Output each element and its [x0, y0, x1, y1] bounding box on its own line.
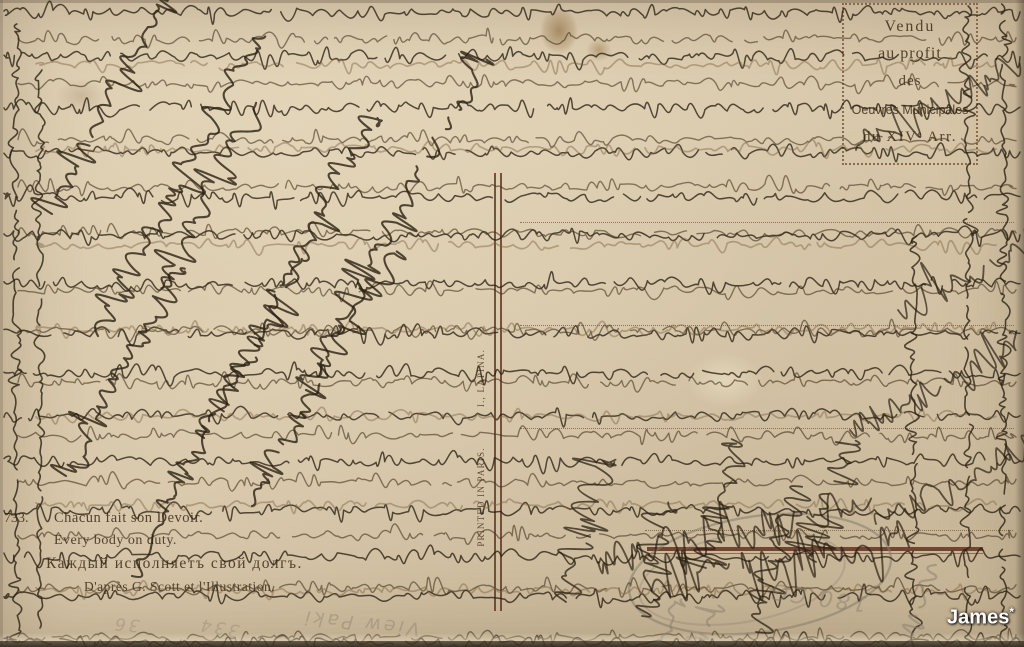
handwriting-stroke — [959, 6, 977, 646]
handwriting-stroke — [18, 425, 1016, 445]
handwriting-stroke — [4, 451, 1020, 474]
handwriting-stroke — [4, 98, 1020, 119]
watermark-name: James — [947, 607, 1009, 629]
handwriting-stroke — [18, 129, 1016, 148]
handwriting-stroke — [18, 74, 1016, 94]
handwriting-stroke — [997, 4, 1012, 646]
watermark: James* — [947, 605, 1014, 630]
card-edge-highlight — [0, 633, 1024, 641]
handwriting-stroke — [18, 222, 1016, 241]
handwriting-stroke — [36, 238, 996, 256]
watermark-star: * — [1009, 605, 1014, 619]
pencil-note: 36 — [111, 613, 140, 635]
handwriting-layer — [0, 0, 1024, 647]
handwriting-stroke — [36, 57, 996, 75]
photo-bottom-shadow — [0, 641, 1024, 647]
handwriting-stroke — [740, 481, 814, 637]
handwriting-stroke — [18, 28, 1016, 48]
handwriting-stroke — [4, 47, 1020, 70]
handwriting-stroke — [138, 92, 274, 296]
handwriting-stroke — [18, 281, 1016, 302]
photo-top-shadow — [0, 0, 1024, 3]
handwriting-stroke — [838, 317, 1024, 450]
handwriting-stroke — [4, 272, 1020, 295]
photo-right-shadow — [1015, 0, 1024, 647]
handwriting-stroke — [79, 23, 283, 349]
photo-left-shadow — [0, 0, 3, 647]
handwriting-stroke — [187, 108, 394, 448]
postcard-back-photo: Vendu au profit des Oeuvres Municipales … — [0, 0, 1024, 647]
handwriting-stroke — [32, 70, 45, 628]
handwriting-stroke — [18, 372, 1016, 392]
handwriting-stroke — [18, 472, 1016, 491]
